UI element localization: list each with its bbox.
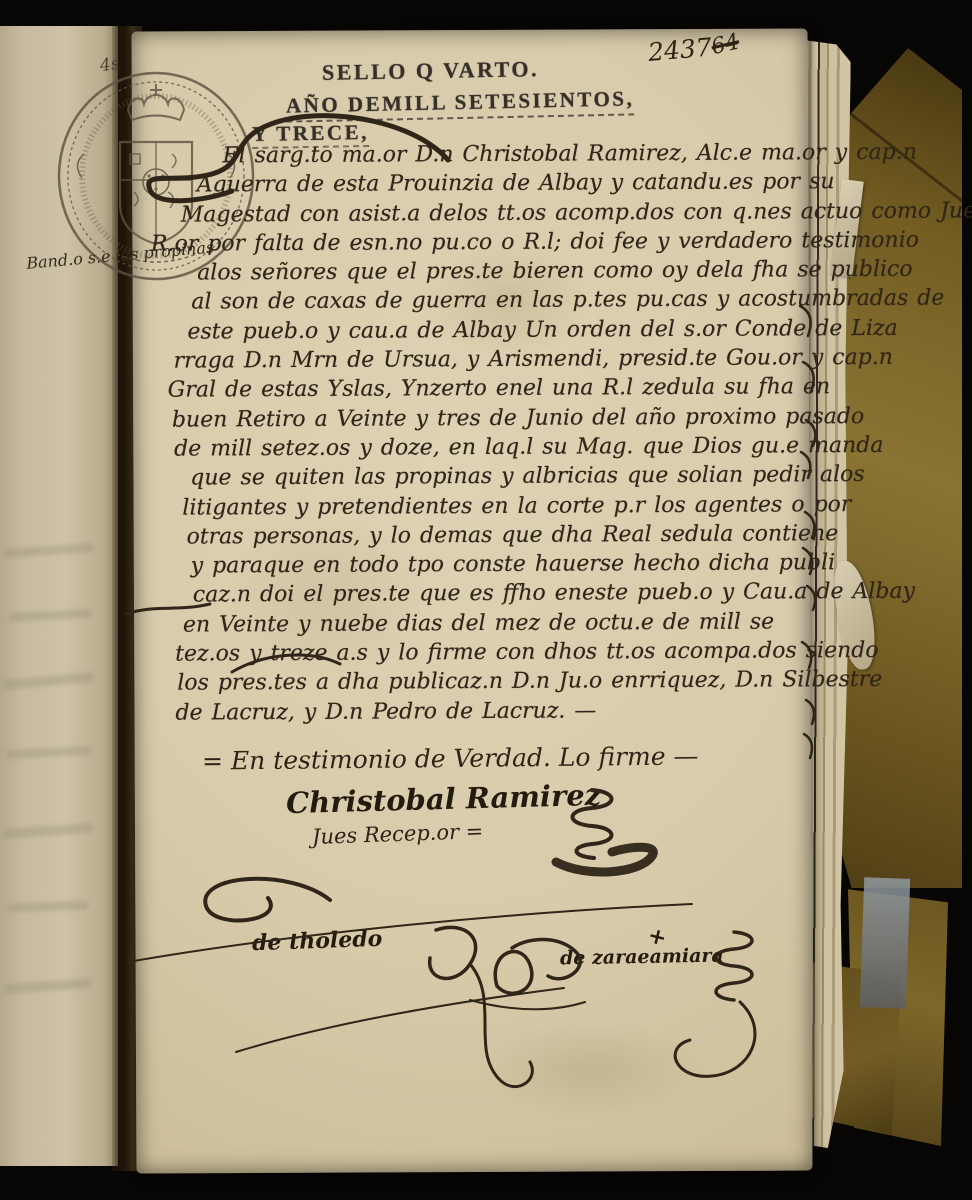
manuscript-line: buen Retiro a Veinte y tres de Junio del… xyxy=(172,402,818,435)
attestation-line: = En testimonio de Verdad. Lo firme — xyxy=(202,741,699,775)
manuscript-line: y paraque en todo tpo conste hauerse hec… xyxy=(191,548,819,581)
manuscript-line: en Veinte y nuebe dias del mez de octu.e… xyxy=(183,607,819,640)
manuscript-line: de mill setez.os y doze, en laq.l su Mag… xyxy=(174,431,818,464)
manuscript-line: de Lacruz, y D.n Pedro de Lacruz. — xyxy=(175,695,819,728)
stamp-line-sello: SELLO Q VARTO. xyxy=(322,56,539,86)
manuscript-line: tez.os y treze a.s y lo firme con dhos t… xyxy=(175,636,819,669)
signature-witness-right: de zaraeamiara xyxy=(560,945,724,970)
manuscript-line: rraga D.n Mrn de Ursua, y Arismendi, pre… xyxy=(174,343,818,376)
manuscript-photo: 243764 4s SELLO Q VARTO. AÑO DEMILL SETE… xyxy=(0,0,972,1200)
folio-number-main: 2437 xyxy=(647,33,713,67)
manuscript-line: Magestad con asist.a delos tt.os acomp.d… xyxy=(181,197,817,230)
gray-paper-edge xyxy=(860,877,911,1009)
folio-number-struck: 64 xyxy=(709,29,742,60)
ghost-text-streak xyxy=(6,746,92,759)
manuscript-line: litigantes y pretendientes en la corte p… xyxy=(182,490,818,523)
manuscript-line: al son de caxas de guerra en las p.tes p… xyxy=(191,285,817,318)
ghost-text-streak xyxy=(2,672,95,690)
ghost-text-streak xyxy=(4,543,94,558)
ghost-text-streak xyxy=(4,978,92,994)
manuscript-line: los pres.tes a dha publicaz.n D.n Ju.o e… xyxy=(177,666,819,699)
manuscript-line: El sarg.to ma.or D.n Christobal Ramirez,… xyxy=(222,138,816,170)
manuscript-line: Gral de estas Yslas, Ynzerto enel una R.… xyxy=(168,373,818,406)
manuscript-line: alos señores que el pres.te bieren como … xyxy=(197,255,817,288)
signature-witness-left: de tholedo xyxy=(252,926,383,957)
manuscript-line: caz.n doi el pres.te que es ffho eneste … xyxy=(193,578,819,611)
ghost-text-streak xyxy=(8,609,92,622)
manuscript-line: que se quiten las propinas y albricias q… xyxy=(190,461,818,494)
paper-stain xyxy=(476,1019,706,1120)
ghost-text-streak xyxy=(3,823,93,839)
manuscript-line: otras personas, y lo demas que dha Real … xyxy=(186,519,818,552)
ghost-text-streak xyxy=(7,901,89,913)
manuscript-body: El sarg.to ma.or D.n Christobal Ramirez,… xyxy=(144,138,819,727)
manuscript-line: este pueb.o y cau.a de Albay Un orden de… xyxy=(187,314,817,347)
manuscript-line: Aguerra de esta Prouinzia de Albay y cat… xyxy=(197,168,817,201)
manuscript-line: R.or por falta de esn.no pu.co o R.l; do… xyxy=(151,226,817,259)
seal-handwritten-mark: 4s xyxy=(99,54,121,77)
